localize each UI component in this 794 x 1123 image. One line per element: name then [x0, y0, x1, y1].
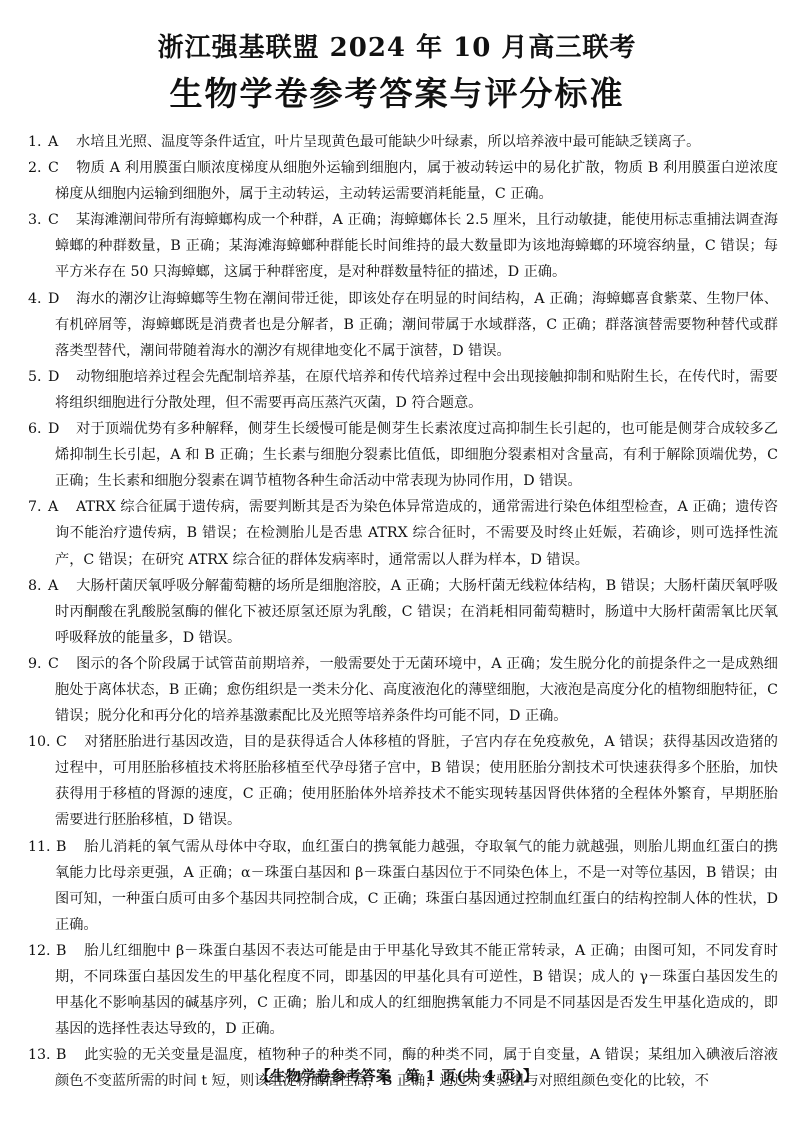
explanation: ATRX 综合征属于遗传病，需要判断其是否为染色体异常造成的，通常需进行染色体组…: [55, 499, 778, 567]
answer-item-7: 7.AATRX 综合征属于遗传病，需要判断其是否为染色体异常造成的，通常需进行染…: [28, 494, 778, 572]
answer-item-9: 9.C图示的各个阶段属于试管苗前期培养，一般需要处于无菌环境中，A 正确；发生脱…: [28, 651, 778, 729]
footer-doc-label: 【生物学卷参考答案: [256, 1068, 391, 1085]
answer-item-8: 8.A大肠杆菌厌氧呼吸分解葡萄糖的场所是细胞溶胶，A 正确；大肠杆菌无线粒体结构…: [28, 573, 778, 651]
answer-item-5: 5.D动物细胞培养过程会先配制培养基，在原代培养和传代培养过程中会出现接触抑制和…: [28, 364, 778, 416]
explanation: 水培且光照、温度等条件适宜，叶片呈现黄色最可能缺少叶绿素，所以培养液中最可能缺乏…: [76, 134, 700, 150]
explanation: 物质 A 利用膜蛋白顺浓度梯度从细胞外运输到细胞内，属于被动转运中的易化扩散，物…: [55, 160, 778, 202]
question-number: 11.: [28, 834, 56, 860]
answer-choice: D: [48, 364, 76, 390]
answer-item-12: 12.B胎儿红细胞中 β－珠蛋白基因不表达可能是由于甲基化导致其不能正常转录，A…: [28, 938, 778, 1042]
answer-list: 1.A水培且光照、温度等条件适宜，叶片呈现黄色最可能缺少叶绿素，所以培养液中最可…: [28, 129, 778, 1094]
question-number: 10.: [28, 729, 56, 755]
answer-choice: D: [48, 416, 76, 442]
answer-item-6: 6.D对于顶端优势有多种解释，侧芽生长缓慢可能是侧芽生长素浓度过高抑制生长引起的…: [28, 416, 778, 494]
page-indicator: 第 1 页(共 4 页)】: [405, 1068, 538, 1085]
question-number: 9.: [28, 651, 48, 677]
answer-item-3: 3.C某海滩潮间带所有海蟑螂构成一个种群，A 正确；海蟑螂体长 2.5 厘米，且…: [28, 207, 778, 285]
page-header: 浙江强基联盟 2024 年 10 月高三联考 生物学卷参考答案与评分标准: [0, 22, 794, 116]
answer-choice: C: [48, 155, 76, 181]
question-number: 8.: [28, 573, 48, 599]
answer-choice: B: [56, 834, 84, 860]
answer-item-10: 10.C对猪胚胎进行基因改造，目的是获得适合人体移植的肾脏，子宫内存在免疫赦免，…: [28, 729, 778, 833]
question-number: 1.: [28, 129, 48, 155]
explanation: 胎儿消耗的氧气需从母体中夺取，血红蛋白的携氧能力越强，夺取氧气的能力就越强，则胎…: [55, 839, 778, 933]
question-number: 4.: [28, 286, 48, 312]
answer-item-1: 1.A水培且光照、温度等条件适宜，叶片呈现黄色最可能缺少叶绿素，所以培养液中最可…: [28, 129, 778, 155]
answer-item-11: 11.B胎儿消耗的氧气需从母体中夺取，血红蛋白的携氧能力越强，夺取氧气的能力就越…: [28, 834, 778, 938]
explanation: 对于顶端优势有多种解释，侧芽生长缓慢可能是侧芽生长素浓度过高抑制生长引起的，也可…: [55, 421, 778, 489]
question-number: 2.: [28, 155, 48, 181]
explanation: 动物细胞培养过程会先配制培养基，在原代培养和传代培养过程中会出现接触抑制和贴附生…: [55, 369, 778, 411]
answer-choice: C: [48, 651, 76, 677]
answer-choice: A: [48, 129, 76, 155]
explanation: 大肠杆菌厌氧呼吸分解葡萄糖的场所是细胞溶胶，A 正确；大肠杆菌无线粒体结构，B …: [55, 578, 778, 646]
answer-choice: A: [48, 494, 76, 520]
document-title: 生物学卷参考答案与评分标准: [0, 72, 794, 116]
exam-title: 浙江强基联盟 2024 年 10 月高三联考: [0, 30, 794, 66]
question-number: 6.: [28, 416, 48, 442]
question-number: 5.: [28, 364, 48, 390]
question-number: 12.: [28, 938, 56, 964]
answer-choice: C: [56, 729, 84, 755]
question-number: 3.: [28, 207, 48, 233]
explanation: 对猪胚胎进行基因改造，目的是获得适合人体移植的肾脏，子宫内存在免疫赦免，A 错误…: [55, 734, 778, 828]
answer-item-4: 4.D海水的潮汐让海蟑螂等生物在潮间带迁徙，即该处存在明显的时间结构，A 正确；…: [28, 286, 778, 364]
question-number: 7.: [28, 494, 48, 520]
answer-item-2: 2.C物质 A 利用膜蛋白顺浓度梯度从细胞外运输到细胞内，属于被动转运中的易化扩…: [28, 155, 778, 207]
explanation: 胎儿红细胞中 β－珠蛋白基因不表达可能是由于甲基化导致其不能正常转录，A 正确；…: [55, 943, 778, 1037]
explanation: 图示的各个阶段属于试管苗前期培养，一般需要处于无菌环境中，A 正确；发生脱分化的…: [55, 656, 778, 724]
answer-choice: B: [56, 938, 84, 964]
explanation: 海水的潮汐让海蟑螂等生物在潮间带迁徙，即该处存在明显的时间结构，A 正确；海蟑螂…: [55, 291, 778, 359]
answer-choice: D: [48, 286, 76, 312]
answer-choice: C: [48, 207, 76, 233]
page-footer: 【生物学卷参考答案第 1 页(共 4 页)】: [0, 1065, 794, 1086]
answer-choice: A: [48, 573, 76, 599]
explanation: 某海滩潮间带所有海蟑螂构成一个种群，A 正确；海蟑螂体长 2.5 厘米，且行动敏…: [55, 212, 778, 280]
